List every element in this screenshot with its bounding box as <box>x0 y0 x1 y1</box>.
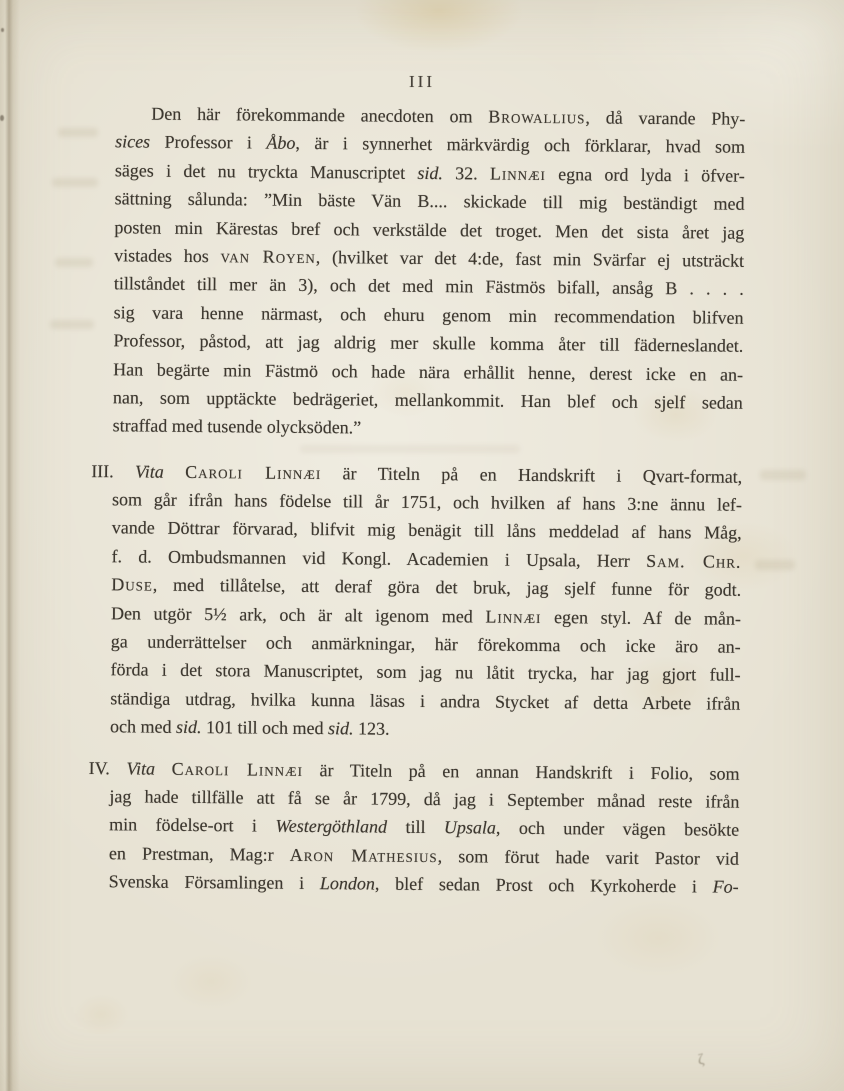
body-text: sättning sålunda: ”Min bäste Vän B.... s… <box>115 188 745 213</box>
italic-text: Vita <box>135 461 164 481</box>
body-text: , som förut hade varit Pastor vid <box>438 846 739 869</box>
small-caps-name: Linnæi <box>490 163 546 183</box>
italic-text: London <box>320 873 375 893</box>
body-text: , med tillåtelse, att deraf göra det bru… <box>153 575 742 600</box>
body-text: ständiga utdrag, hvilka kunna läsas i an… <box>110 688 740 713</box>
italic-text: Upsala <box>444 818 496 838</box>
italic-text: sid. <box>328 718 354 738</box>
small-caps-name: Browallius <box>488 107 585 128</box>
small-caps-name: Sam. Chr. <box>646 551 742 572</box>
paper-edge-fleck <box>0 115 4 121</box>
bleed-through-smudge <box>755 560 795 570</box>
body-text: , då varande Phy- <box>585 107 745 128</box>
text-line: straffad med tusende olycksöden.” <box>113 412 743 446</box>
bleed-through-smudge <box>760 470 806 480</box>
body-text: posten min Kärestas bref och verkstälde … <box>114 217 744 242</box>
body-text: 123. <box>353 719 389 739</box>
text-line: Svenska Församlingen i London, blef seda… <box>109 867 739 901</box>
body-text: är Titeln på en Handskrift i Qvart-forma… <box>321 463 742 487</box>
body-text: sig vara henne närmast, och ehuru genom … <box>114 302 744 327</box>
bleed-through-smudge <box>52 178 98 187</box>
body-text: vistades hos <box>114 245 221 266</box>
body-text: Han begärte min Fästmö och hade nära erh… <box>113 359 743 384</box>
body-text: Den utgör 5½ ark, och är alt igenom med <box>111 603 486 626</box>
body-text: säges i det nu tryckta Manuscriptet <box>115 160 418 183</box>
small-caps-name: Linnæi <box>485 606 541 626</box>
bleed-through-smudge <box>55 258 93 267</box>
body-text: är Titeln på en annan Handskrift i Folio… <box>303 760 740 784</box>
italic-text: Westergöthland <box>275 816 387 837</box>
small-caps-name: Caroli Linnæi <box>185 462 321 483</box>
scanned-book-page: III Den här förekommande anecdoten om Br… <box>0 0 844 1091</box>
page-number: III <box>0 72 844 92</box>
body-text: 101 till och med <box>201 717 328 738</box>
body-text: egna ord lyda i öfver- <box>546 164 745 186</box>
body-text: Professor, påstod, att jag aldrig mer sk… <box>113 330 743 355</box>
body-text: en Prestman, Mag:r <box>109 843 290 865</box>
body-text: III. <box>91 461 135 481</box>
body-text: och med <box>110 716 176 737</box>
body-text: till <box>387 817 444 837</box>
text-line: och med sid. 101 till och med sid. 123. <box>110 712 740 746</box>
body-text: , blef sedan Prost och Kyrkoherde i <box>375 874 713 897</box>
body-text: , och under vägen besökte <box>496 818 739 840</box>
body-text: , (hvilket var det 4:de, fast min Svärfa… <box>316 247 744 271</box>
italic-text: sid. <box>417 163 443 183</box>
body-text: jag hade tillfälle att få se år 1799, då… <box>109 786 739 811</box>
body-text: förda i det stora Manuscriptet, som jag … <box>110 660 740 685</box>
text-block: Den här förekommande anecdoten om Browal… <box>109 99 746 901</box>
body-text: nan, som upptäckte bedrägeriet, mellanko… <box>113 387 743 412</box>
body-text: 32. <box>443 163 490 183</box>
italic-text: sid. <box>176 717 202 737</box>
paper-edge-fleck <box>1 28 4 32</box>
small-caps-name: Duse <box>111 574 153 594</box>
body-text <box>164 461 186 481</box>
body-text: f. d. Ombudsmannen vid Kongl. Academien … <box>111 546 646 571</box>
bleed-through-smudge <box>50 320 94 329</box>
body-text: som går ifrån hans födelse till år 1751,… <box>112 489 742 514</box>
body-text: Den här förekommande anecdoten om <box>151 104 488 127</box>
pencil-mark: ζ <box>697 1052 706 1070</box>
section-iv-paragraph: IV. Vita Caroli Linnæi är Titeln på en a… <box>109 754 740 901</box>
italic-text: Fo- <box>713 877 739 897</box>
small-caps-name: Aron Mathesius <box>290 845 438 866</box>
small-caps-name: Caroli Linnæi <box>172 758 303 779</box>
italic-text: sices <box>115 132 150 152</box>
body-text: ga underrättelser och anmärkningar, här … <box>111 631 741 656</box>
small-caps-name: van Royen <box>220 246 315 267</box>
body-text: Professor i <box>150 132 266 153</box>
body-text: straffad med tusende olycksöden.” <box>113 416 362 438</box>
intro-paragraph: Den här förekommande anecdoten om Browal… <box>113 99 746 445</box>
italic-text: Åbo <box>266 133 295 153</box>
section-iii-paragraph: III. Vita Caroli Linnæi är Titeln på en … <box>110 457 742 746</box>
bleed-through-smudge <box>58 128 98 137</box>
body-text: , är i synnerhet märkvärdig och förklara… <box>295 133 745 157</box>
body-text: Svenska Församlingen i <box>109 871 320 893</box>
body-text: tillståndet till mer än 3), och det med … <box>114 274 744 299</box>
body-text: vande Döttrar förvarad, blifvit mig benä… <box>112 518 742 543</box>
body-text <box>155 758 172 778</box>
body-text: egen styl. Af de mån- <box>541 607 741 629</box>
italic-text: Vita <box>126 758 155 778</box>
body-text: IV. <box>89 758 127 778</box>
body-text: min födelse-ort i <box>109 815 275 836</box>
